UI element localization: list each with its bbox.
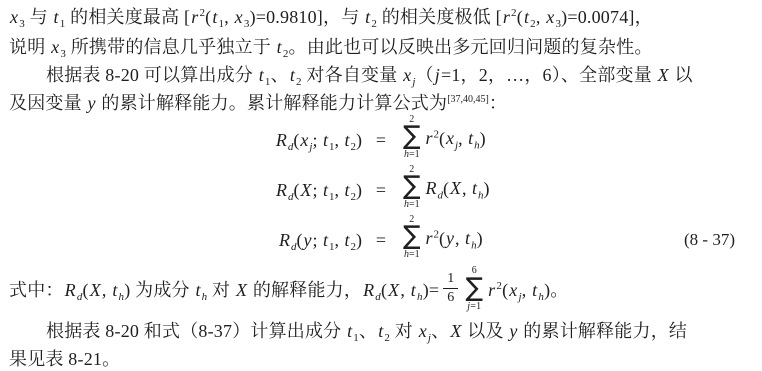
math-variable: x <box>445 128 455 148</box>
formula-rd-X: Rd(X; t1, t2) = 2∑h=1Rd(X, th) <box>0 165 762 215</box>
math-variable: x <box>9 7 19 27</box>
formula-rd-xj-lhs: Rd(xj; t1, t2) <box>0 130 362 151</box>
fraction-numerator: 1 <box>443 271 458 289</box>
sum-limit: h=1 <box>404 249 420 261</box>
paragraph1-line2: 说明 x3 所携带的信息几乎独立于 t2。由此也可以反映出多元回归问题的复杂性。 <box>9 33 756 61</box>
math-variable: x <box>418 321 428 341</box>
sum-limit: h=1 <box>404 199 420 211</box>
sum-limit: j=1 <box>467 301 481 313</box>
math-variable: t <box>471 178 478 198</box>
sum-limit: h=1 <box>404 149 420 161</box>
paragraph2-line1: 根据表 8-20 可以算出成分 t1、t2 对各自变量 xj（j=1，2，…，6… <box>9 61 756 89</box>
formula-rd-X-rhs: 2∑h=1Rd(X, th) <box>400 167 762 214</box>
math-variable: x <box>299 130 309 150</box>
math-variable: r <box>487 280 496 300</box>
math-variable: R <box>275 130 288 150</box>
sigma-glyph: ∑ <box>403 125 421 149</box>
math-variable: t <box>343 230 350 250</box>
summation-symbol: 2∑h=1 <box>403 164 421 211</box>
paragraph3-line1: 根据表 8-20 和式（8-37）计算出成分 t1、t2 对 xj、X 以及 y… <box>9 317 756 345</box>
math-variable: X <box>449 178 462 198</box>
math-variable: r <box>425 128 434 148</box>
math-variable: y <box>445 228 455 248</box>
summation-symbol: 6∑j=1 <box>465 265 483 312</box>
math-variable: R <box>275 180 288 200</box>
math-variable: t <box>322 180 329 200</box>
math-variable: t <box>276 37 283 57</box>
math-variable: X <box>387 280 400 300</box>
math-variable: X <box>89 280 102 300</box>
math-variable: X <box>235 280 248 300</box>
reference-superscript: [37,40,45] <box>447 94 489 105</box>
equals-sign: = <box>362 180 400 201</box>
math-variable: t <box>53 7 60 27</box>
math-variable: R <box>278 230 291 250</box>
math-variable: R <box>425 178 438 198</box>
math-variable: t <box>211 7 218 27</box>
math-variable: t <box>343 180 350 200</box>
sigma-glyph: ∑ <box>465 277 483 301</box>
math-variable: x <box>50 37 60 57</box>
math-variable: x <box>402 65 412 85</box>
fraction: 16 <box>443 271 458 306</box>
math-variable: R <box>362 280 375 300</box>
paragraph2-line2: 及因变量 y 的累计解释能力。累计解释能力计算公式为[37,40,45]： <box>9 89 756 117</box>
math-variable: t <box>322 130 329 150</box>
sigma-glyph: ∑ <box>403 225 421 249</box>
formula-rd-y: Rd(y; t1, t2) = 2∑h=1r2(y, th) (8 - 37) <box>0 215 762 265</box>
formula-rd-X-lhs: Rd(X; t1, t2) <box>0 180 362 201</box>
math-variable: t <box>258 65 265 85</box>
math-variable: t <box>464 228 471 248</box>
equals-sign: = <box>362 130 400 151</box>
math-variable: t <box>194 280 201 300</box>
math-variable: X <box>449 321 462 341</box>
equals-sign: = <box>362 230 400 251</box>
math-variable: X <box>299 180 312 200</box>
math-variable: y <box>302 230 312 250</box>
summation-symbol: 2∑h=1 <box>403 214 421 261</box>
math-variable: y <box>87 93 97 113</box>
math-variable: t <box>343 130 350 150</box>
math-variable: t <box>289 65 296 85</box>
math-variable: t <box>322 230 329 250</box>
math-variable: x <box>508 280 518 300</box>
sigma-glyph: ∑ <box>403 175 421 199</box>
math-variable: X <box>657 65 670 85</box>
math-variable: R <box>64 280 77 300</box>
math-variable: x <box>234 7 244 27</box>
math-variable: y <box>508 321 518 341</box>
formula-rd-xj: Rd(xj; t1, t2) = 2∑h=1r2(xj, th) <box>0 115 762 165</box>
paragraph1-line1: x3 与 t1 的相关度最高 [r2(t1, x3)=0.9810]，与 t2 … <box>9 3 756 31</box>
math-variable: r <box>502 7 511 27</box>
math-variable: t <box>111 280 118 300</box>
math-variable: t <box>410 280 417 300</box>
fraction-denominator: 6 <box>447 289 454 306</box>
summation-symbol: 2∑h=1 <box>403 114 421 161</box>
math-variable: r <box>425 228 434 248</box>
math-variable: j <box>434 65 441 85</box>
where-clause-line: 式中：Rd(X, th) 为成分 th 对 X 的解释能力，Rd(X, th)=… <box>9 265 756 315</box>
equation-number: (8 - 37) <box>684 230 735 250</box>
formula-rd-xj-rhs: 2∑h=1r2(xj, th) <box>400 117 762 164</box>
formula-rd-y-lhs: Rd(y; t1, t2) <box>0 230 362 251</box>
math-variable: x <box>545 7 555 27</box>
paragraph3-line2: 果见表 8-21。 <box>9 345 756 371</box>
document-page: x3 与 t1 的相关度最高 [r2(t1, x3)=0.9810]，与 t2 … <box>0 0 762 371</box>
